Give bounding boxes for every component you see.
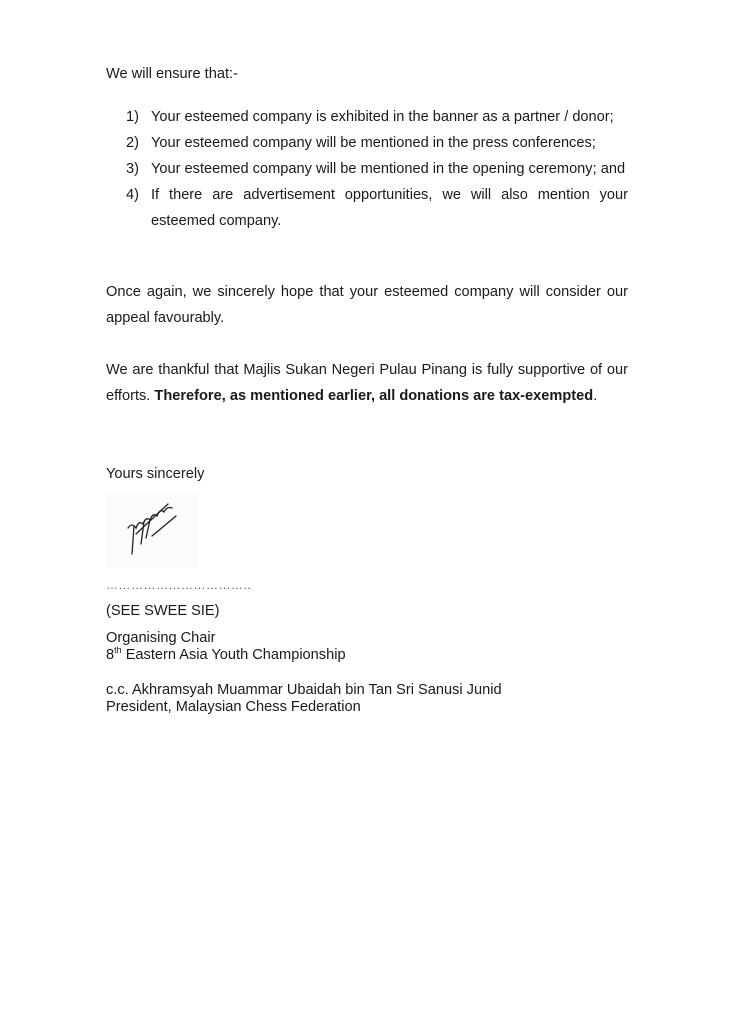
list-item: 1)Your esteemed company is exhibited in … [126, 104, 628, 130]
signature-image [106, 492, 198, 568]
signature-line: …………………………….. [106, 578, 251, 592]
cc-recipient-title: President, Malaysian Chess Federation [106, 699, 361, 716]
signatory-name: (SEE SWEE SIE) [106, 603, 220, 620]
signature-icon [106, 492, 198, 568]
list-item: 3)Your esteemed company will be mentione… [126, 156, 628, 182]
signatory-role: Organising Chair [106, 630, 216, 647]
commitments-list: 1)Your esteemed company is exhibited in … [126, 104, 628, 234]
list-item: 2)Your esteemed company will be mentione… [126, 130, 628, 156]
cc-recipient: c.c. Akhramsyah Muammar Ubaidah bin Tan … [106, 682, 502, 699]
event-name: 8th Eastern Asia Youth Championship [106, 647, 346, 664]
tax-exempt-statement: Therefore, as mentioned earlier, all don… [154, 388, 593, 404]
tax-exempt-paragraph: We are thankful that Majlis Sukan Negeri… [106, 357, 628, 409]
closing-salutation: Yours sincerely [106, 461, 628, 487]
list-item: 4)If there are advertisement opportuniti… [126, 182, 628, 234]
intro-text: We will ensure that:- [106, 61, 628, 87]
appeal-paragraph: Once again, we sincerely hope that your … [106, 279, 628, 331]
